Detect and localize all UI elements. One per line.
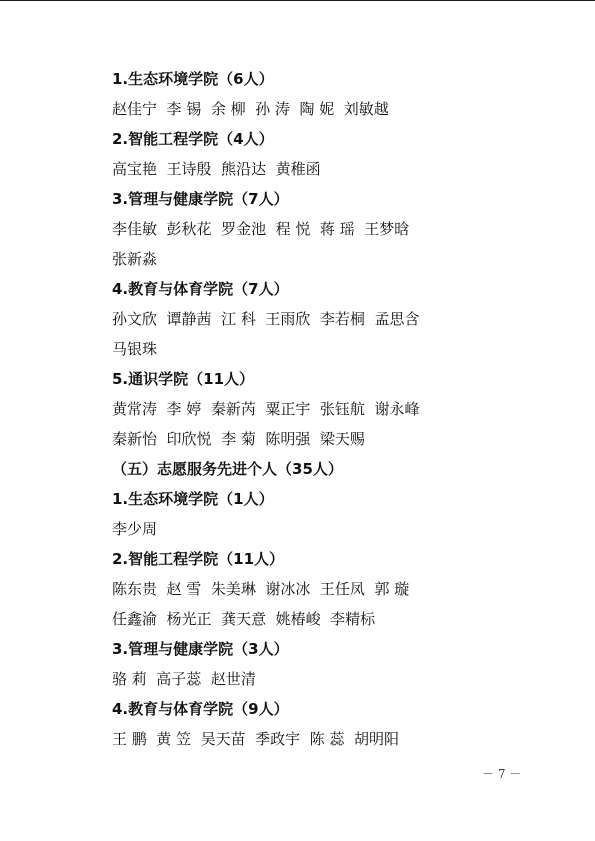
section-heading: 1.生态环境学院（1人）: [112, 484, 492, 514]
name-list: 骆 莉 高子蕊 赵世清: [112, 664, 492, 694]
name-list: 秦新怡 印欣悦 李 菊 陈明强 梁天赐: [112, 424, 492, 454]
name-list: 李佳敏 彭秋花 罗金池 程 悦 蒋 瑶 王梦晗: [112, 214, 492, 244]
document-body: 1.生态环境学院（6人） 赵佳宁 李 锡 余 柳 孙 涛 陶 妮 刘敏越 2.智…: [112, 64, 492, 754]
section-heading: 2.智能工程学院（4人）: [112, 124, 492, 154]
name-list: 赵佳宁 李 锡 余 柳 孙 涛 陶 妮 刘敏越: [112, 94, 492, 124]
category-heading: （五）志愿服务先进个人（35人）: [112, 454, 492, 484]
name-list: 马银珠: [112, 334, 492, 364]
section-heading: 4.教育与体育学院（7人）: [112, 274, 492, 304]
page-number: － 7 －: [482, 765, 521, 782]
section-heading: 3.管理与健康学院（7人）: [112, 184, 492, 214]
name-list: 高宝艳 王诗殷 熊沿达 黄稚函: [112, 154, 492, 184]
name-list: 陈东贵 赵 雪 朱美琳 谢冰冰 王任凤 郭 璇: [112, 574, 492, 604]
name-list: 黄常涛 李 婷 秦新芮 粟正宇 张钰航 谢永峰: [112, 394, 492, 424]
top-border-rule: [0, 0, 595, 1]
section-heading: 1.生态环境学院（6人）: [112, 64, 492, 94]
name-list: 张新淼: [112, 244, 492, 274]
name-list: 任鑫渝 杨光正 龚天意 姚椿峻 李精标: [112, 604, 492, 634]
section-heading: 4.教育与体育学院（9人）: [112, 694, 492, 724]
name-list: 孙文欣 谭静茜 江 科 王雨欣 李若桐 孟思含: [112, 304, 492, 334]
section-heading: 2.智能工程学院（11人）: [112, 544, 492, 574]
section-heading: 5.通识学院（11人）: [112, 364, 492, 394]
name-list: 李少周: [112, 514, 492, 544]
name-list: 王 鹏 黄 笠 吴天苗 季政宇 陈 蕊 胡明阳: [112, 724, 492, 754]
section-heading: 3.管理与健康学院（3人）: [112, 634, 492, 664]
